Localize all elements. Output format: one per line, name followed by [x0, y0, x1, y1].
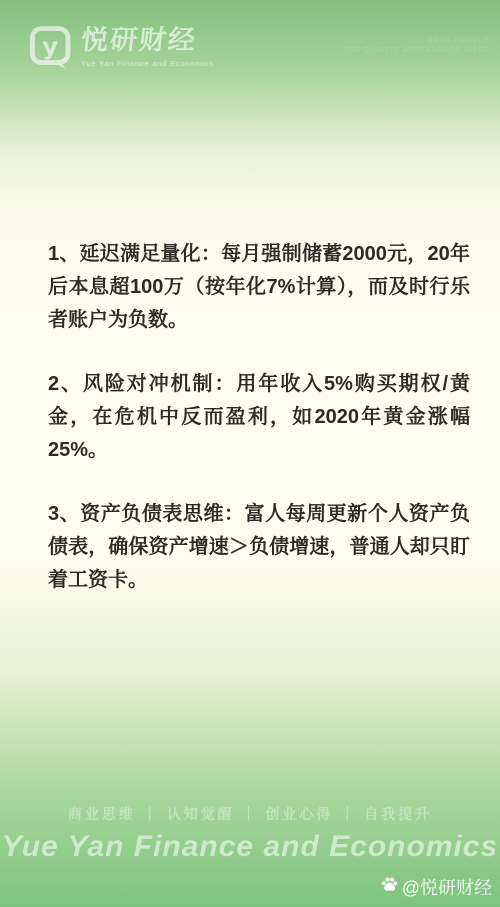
- paragraph-2: 2、风险对冲机制：用年收入5%购买期权/黄金，在危机中反而盈利，如2020年黄金…: [48, 368, 470, 467]
- yueyan-logo-icon: y: [30, 26, 72, 75]
- svg-text:y: y: [42, 32, 58, 60]
- body-text-block: 1、延迟满足量化：每月强制储蓄2000元，20年后本息超100万（按年化7%计算…: [48, 238, 470, 628]
- brand-subtitle: Yue Yan Finance and Economics: [81, 59, 214, 68]
- corner-watermark: SANG HUNVI S THE QUALITY APPEARANCE RIVE…: [343, 36, 490, 56]
- paragraph-3: 3、资产负债表思维：富人每周更新个人资产负债表，确保资产增速＞负债增速，普通人却…: [48, 498, 470, 597]
- baidu-paw-icon: [380, 875, 399, 899]
- brand-header: y 悦研财经 Yue Yan Finance and Economics: [30, 26, 214, 75]
- footer-tagline: 商业思维 ｜ 认知觉醒 ｜ 创业心得 ｜ 自我提升: [0, 804, 500, 824]
- paragraph-1: 1、延迟满足量化：每月强制储蓄2000元，20年后本息超100万（按年化7%计算…: [48, 238, 470, 337]
- poster-card: y 悦研财经 Yue Yan Finance and Economics SAN…: [0, 0, 500, 907]
- corner-watermark-line1: SANG HUNVI S: [343, 36, 490, 46]
- platform-watermark: @悦研财经: [380, 874, 492, 900]
- footer-brand-english: Yue Yan Finance and Economics: [0, 830, 500, 864]
- corner-watermark-line2: THE QUALITY APPEARANCE RIVER: [343, 46, 490, 56]
- brand-title: 悦研财经: [79, 26, 215, 56]
- watermark-handle: @悦研财经: [402, 874, 492, 900]
